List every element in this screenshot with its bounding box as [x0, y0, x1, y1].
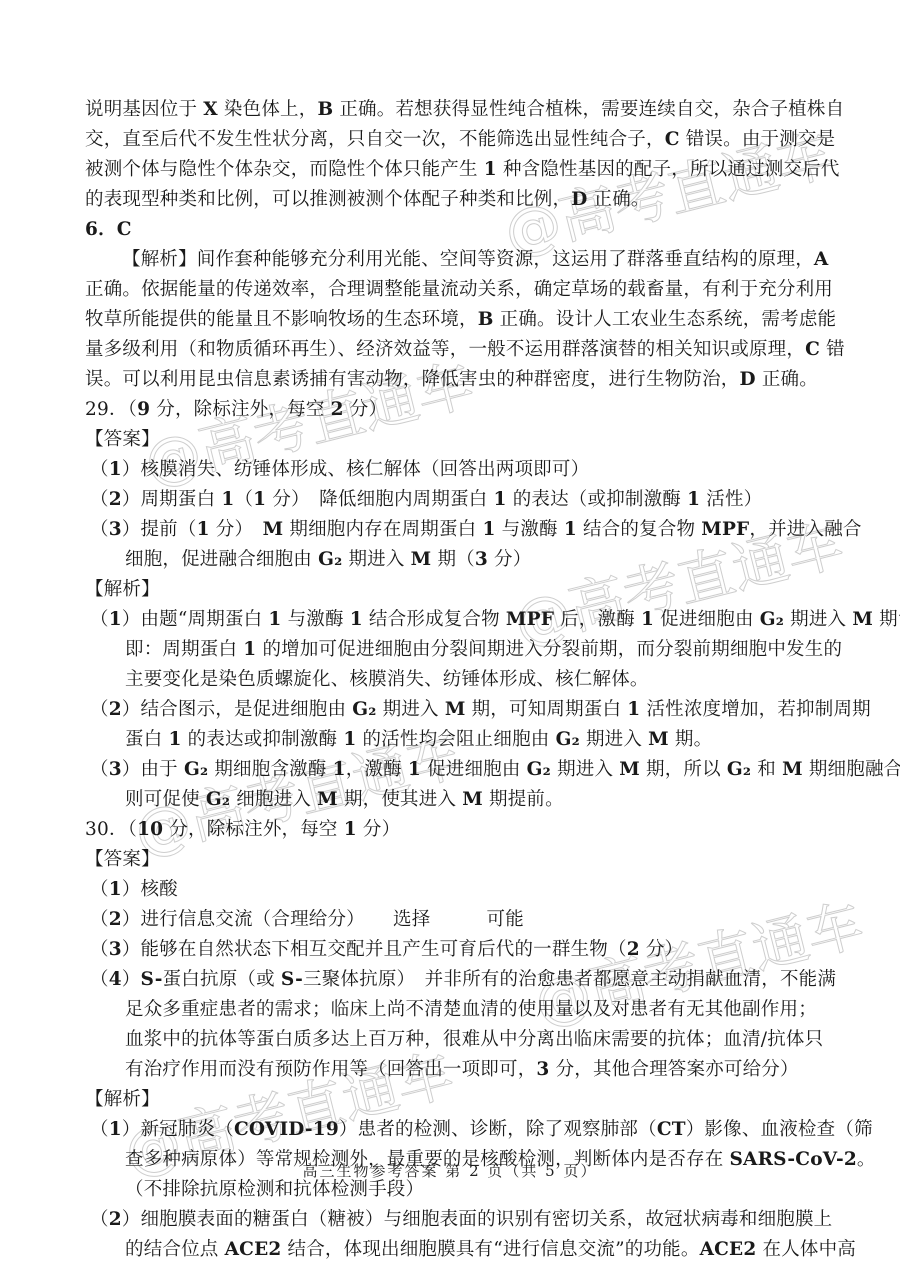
- text-line: 细胞，促进融合细胞由 G₂ 期进入 M 期（3 分）: [85, 545, 817, 575]
- text-line: 交，直至后代不发生性状分离，只自交一次，不能筛选出显性纯合子，C 错误。由于测交…: [85, 125, 817, 155]
- list-item: （3）提前（1 分） M 期细胞内存在周期蛋白 1 与激酶 1 结合的复合物 M…: [85, 515, 817, 575]
- text-line: （2）细胞膜表面的糖蛋白（糖被）与细胞表面的识别有密切关系，故冠状病毒和细胞膜上: [85, 1205, 817, 1235]
- answer-document: 说明基因位于 X 染色体上，B 正确。若想获得显性纯合植株，需要连续自交，杂合子…: [85, 95, 817, 1265]
- text-line: 蛋白 1 的表达或抑制激酶 1 的活性均会阻止细胞由 G₂ 期进入 M 期。: [85, 725, 817, 755]
- text-line: 的结合位点 ACE2 结合，体现出细胞膜具有“进行信息交流”的功能。ACE2 在…: [85, 1235, 817, 1265]
- answer-label: 【答案】: [85, 845, 817, 875]
- text-line: （3）能够在自然状态下相互交配并且产生可育后代的一群生物（2 分）: [85, 935, 817, 965]
- list-item: （2）周期蛋白 1（1 分） 降低细胞内周期蛋白 1 的表达（或抑制激酶 1 活…: [85, 485, 817, 515]
- text-line: （1）核膜消失、纺锤体形成、核仁解体（回答出两项即可）: [85, 455, 817, 485]
- text-line: 血浆中的抗体等蛋白质多达上百万种，很难从中分离出临床需要的抗体；血清/抗体只: [85, 1025, 817, 1055]
- text-line: （3）由于 G₂ 期细胞含激酶 1，激酶 1 促进细胞由 G₂ 期进入 M 期，…: [85, 755, 817, 785]
- text-line: （2）进行信息交流（合理给分） 选择 可能: [85, 905, 817, 935]
- text-line: 【解析】间作套种能够充分利用光能、空间等资源，这运用了群落垂直结构的原理，A: [85, 245, 817, 275]
- text-line: 即：周期蛋白 1 的增加可促进细胞由分裂间期进入分裂前期，而分裂前期细胞中发生的: [85, 635, 817, 665]
- question-29-heading: 29．（9 分，除标注外，每空 2 分）: [85, 395, 817, 425]
- text-line: （1）核酸: [85, 875, 817, 905]
- text-line: （2）周期蛋白 1（1 分） 降低细胞内周期蛋白 1 的表达（或抑制激酶 1 活…: [85, 485, 817, 515]
- list-item: （4）S-蛋白抗原（或 S-三聚体抗原） 并非所有的治愈患者都愿意主动捐献血清，…: [85, 965, 817, 1085]
- text-line: 的表现型种类和比例，可以推测被测个体配子种类和比例，D 正确。: [85, 185, 817, 215]
- analysis-label: 【解析】: [85, 1085, 817, 1115]
- list-item: （1）核酸: [85, 875, 817, 905]
- text-line: （1）由题“周期蛋白 1 与激酶 1 结合形成复合物 MPF 后，激酶 1 促进…: [85, 605, 817, 635]
- text-line: 误。可以利用昆虫信息素诱捕有害动物，降低害虫的种群密度，进行生物防治，D 正确。: [85, 365, 817, 395]
- list-item: （2）结合图示，是促进细胞由 G₂ 期进入 M 期，可知周期蛋白 1 活性浓度增…: [85, 695, 817, 755]
- text-line: 量多级利用（和物质循环再生）、经济效益等，一般不运用群落演替的相关知识或原理，C…: [85, 335, 817, 365]
- text-line: （3）提前（1 分） M 期细胞内存在周期蛋白 1 与激酶 1 结合的复合物 M…: [85, 515, 817, 545]
- list-item: （1）核膜消失、纺锤体形成、核仁解体（回答出两项即可）: [85, 455, 817, 485]
- question-30-analysis: （1）新冠肺炎（COVID-19）患者的检测、诊断，除了观察肺部（CT）影像、血…: [85, 1115, 817, 1265]
- question-29-analysis: （1）由题“周期蛋白 1 与激酶 1 结合形成复合物 MPF 后，激酶 1 促进…: [85, 605, 817, 815]
- text-line: （1）新冠肺炎（COVID-19）患者的检测、诊断，除了观察肺部（CT）影像、血…: [85, 1115, 817, 1145]
- text-line: （2）结合图示，是促进细胞由 G₂ 期进入 M 期，可知周期蛋白 1 活性浓度增…: [85, 695, 817, 725]
- text-line: 牧草所能提供的能量且不影响牧场的生态环境，B 正确。设计人工农业生态系统，需考虑…: [85, 305, 817, 335]
- question-6-analysis: 【解析】间作套种能够充分利用光能、空间等资源，这运用了群落垂直结构的原理，A正确…: [85, 245, 817, 395]
- list-item: （3）由于 G₂ 期细胞含激酶 1，激酶 1 促进细胞由 G₂ 期进入 M 期，…: [85, 755, 817, 815]
- text-line: （4）S-蛋白抗原（或 S-三聚体抗原） 并非所有的治愈患者都愿意主动捐献血清，…: [85, 965, 817, 995]
- text-line: 主要变化是染色质螺旋化、核膜消失、纺锤体形成、核仁解体。: [85, 665, 817, 695]
- text-line: 说明基因位于 X 染色体上，B 正确。若想获得显性纯合植株，需要连续自交，杂合子…: [85, 95, 817, 125]
- question-30-answers: （1）核酸（2）进行信息交流（合理给分） 选择 可能（3）能够在自然状态下相互交…: [85, 875, 817, 1085]
- list-item: （3）能够在自然状态下相互交配并且产生可育后代的一群生物（2 分）: [85, 935, 817, 965]
- list-item: （1）由题“周期蛋白 1 与激酶 1 结合形成复合物 MPF 后，激酶 1 促进…: [85, 605, 817, 695]
- text-line: 足众多重症患者的需求；临床上尚不清楚血清的使用量以及对患者有无其他副作用；: [85, 995, 817, 1025]
- text-line: 正确。依据能量的传递效率，合理调整能量流动关系，确定草场的载畜量，有利于充分利用: [85, 275, 817, 305]
- text-line: 有治疗作用而没有预防作用等（回答出一项即可，3 分，其他合理答案亦可给分）: [85, 1055, 817, 1085]
- question-29-answers: （1）核膜消失、纺锤体形成、核仁解体（回答出两项即可）（2）周期蛋白 1（1 分…: [85, 455, 817, 575]
- list-item: （2）进行信息交流（合理给分） 选择 可能: [85, 905, 817, 935]
- question-30-heading: 30．（10 分，除标注外，每空 1 分）: [85, 815, 817, 845]
- list-item: （2）细胞膜表面的糖蛋白（糖被）与细胞表面的识别有密切关系，故冠状病毒和细胞膜上…: [85, 1205, 817, 1265]
- analysis-label: 【解析】: [85, 575, 817, 605]
- page-footer: 高三生物参考答案 第 2 页（共 5 页）: [0, 1160, 900, 1181]
- text-line: 被测个体与隐性个体杂交，而隐性个体只能产生 1 种含隐性基因的配子，所以通过测交…: [85, 155, 817, 185]
- question-6-heading: 6．C: [85, 215, 817, 245]
- continuation-paragraph: 说明基因位于 X 染色体上，B 正确。若想获得显性纯合植株，需要连续自交，杂合子…: [85, 95, 817, 215]
- text-line: 则可促使 G₂ 细胞进入 M 期，使其进入 M 期提前。: [85, 785, 817, 815]
- answer-label: 【答案】: [85, 425, 817, 455]
